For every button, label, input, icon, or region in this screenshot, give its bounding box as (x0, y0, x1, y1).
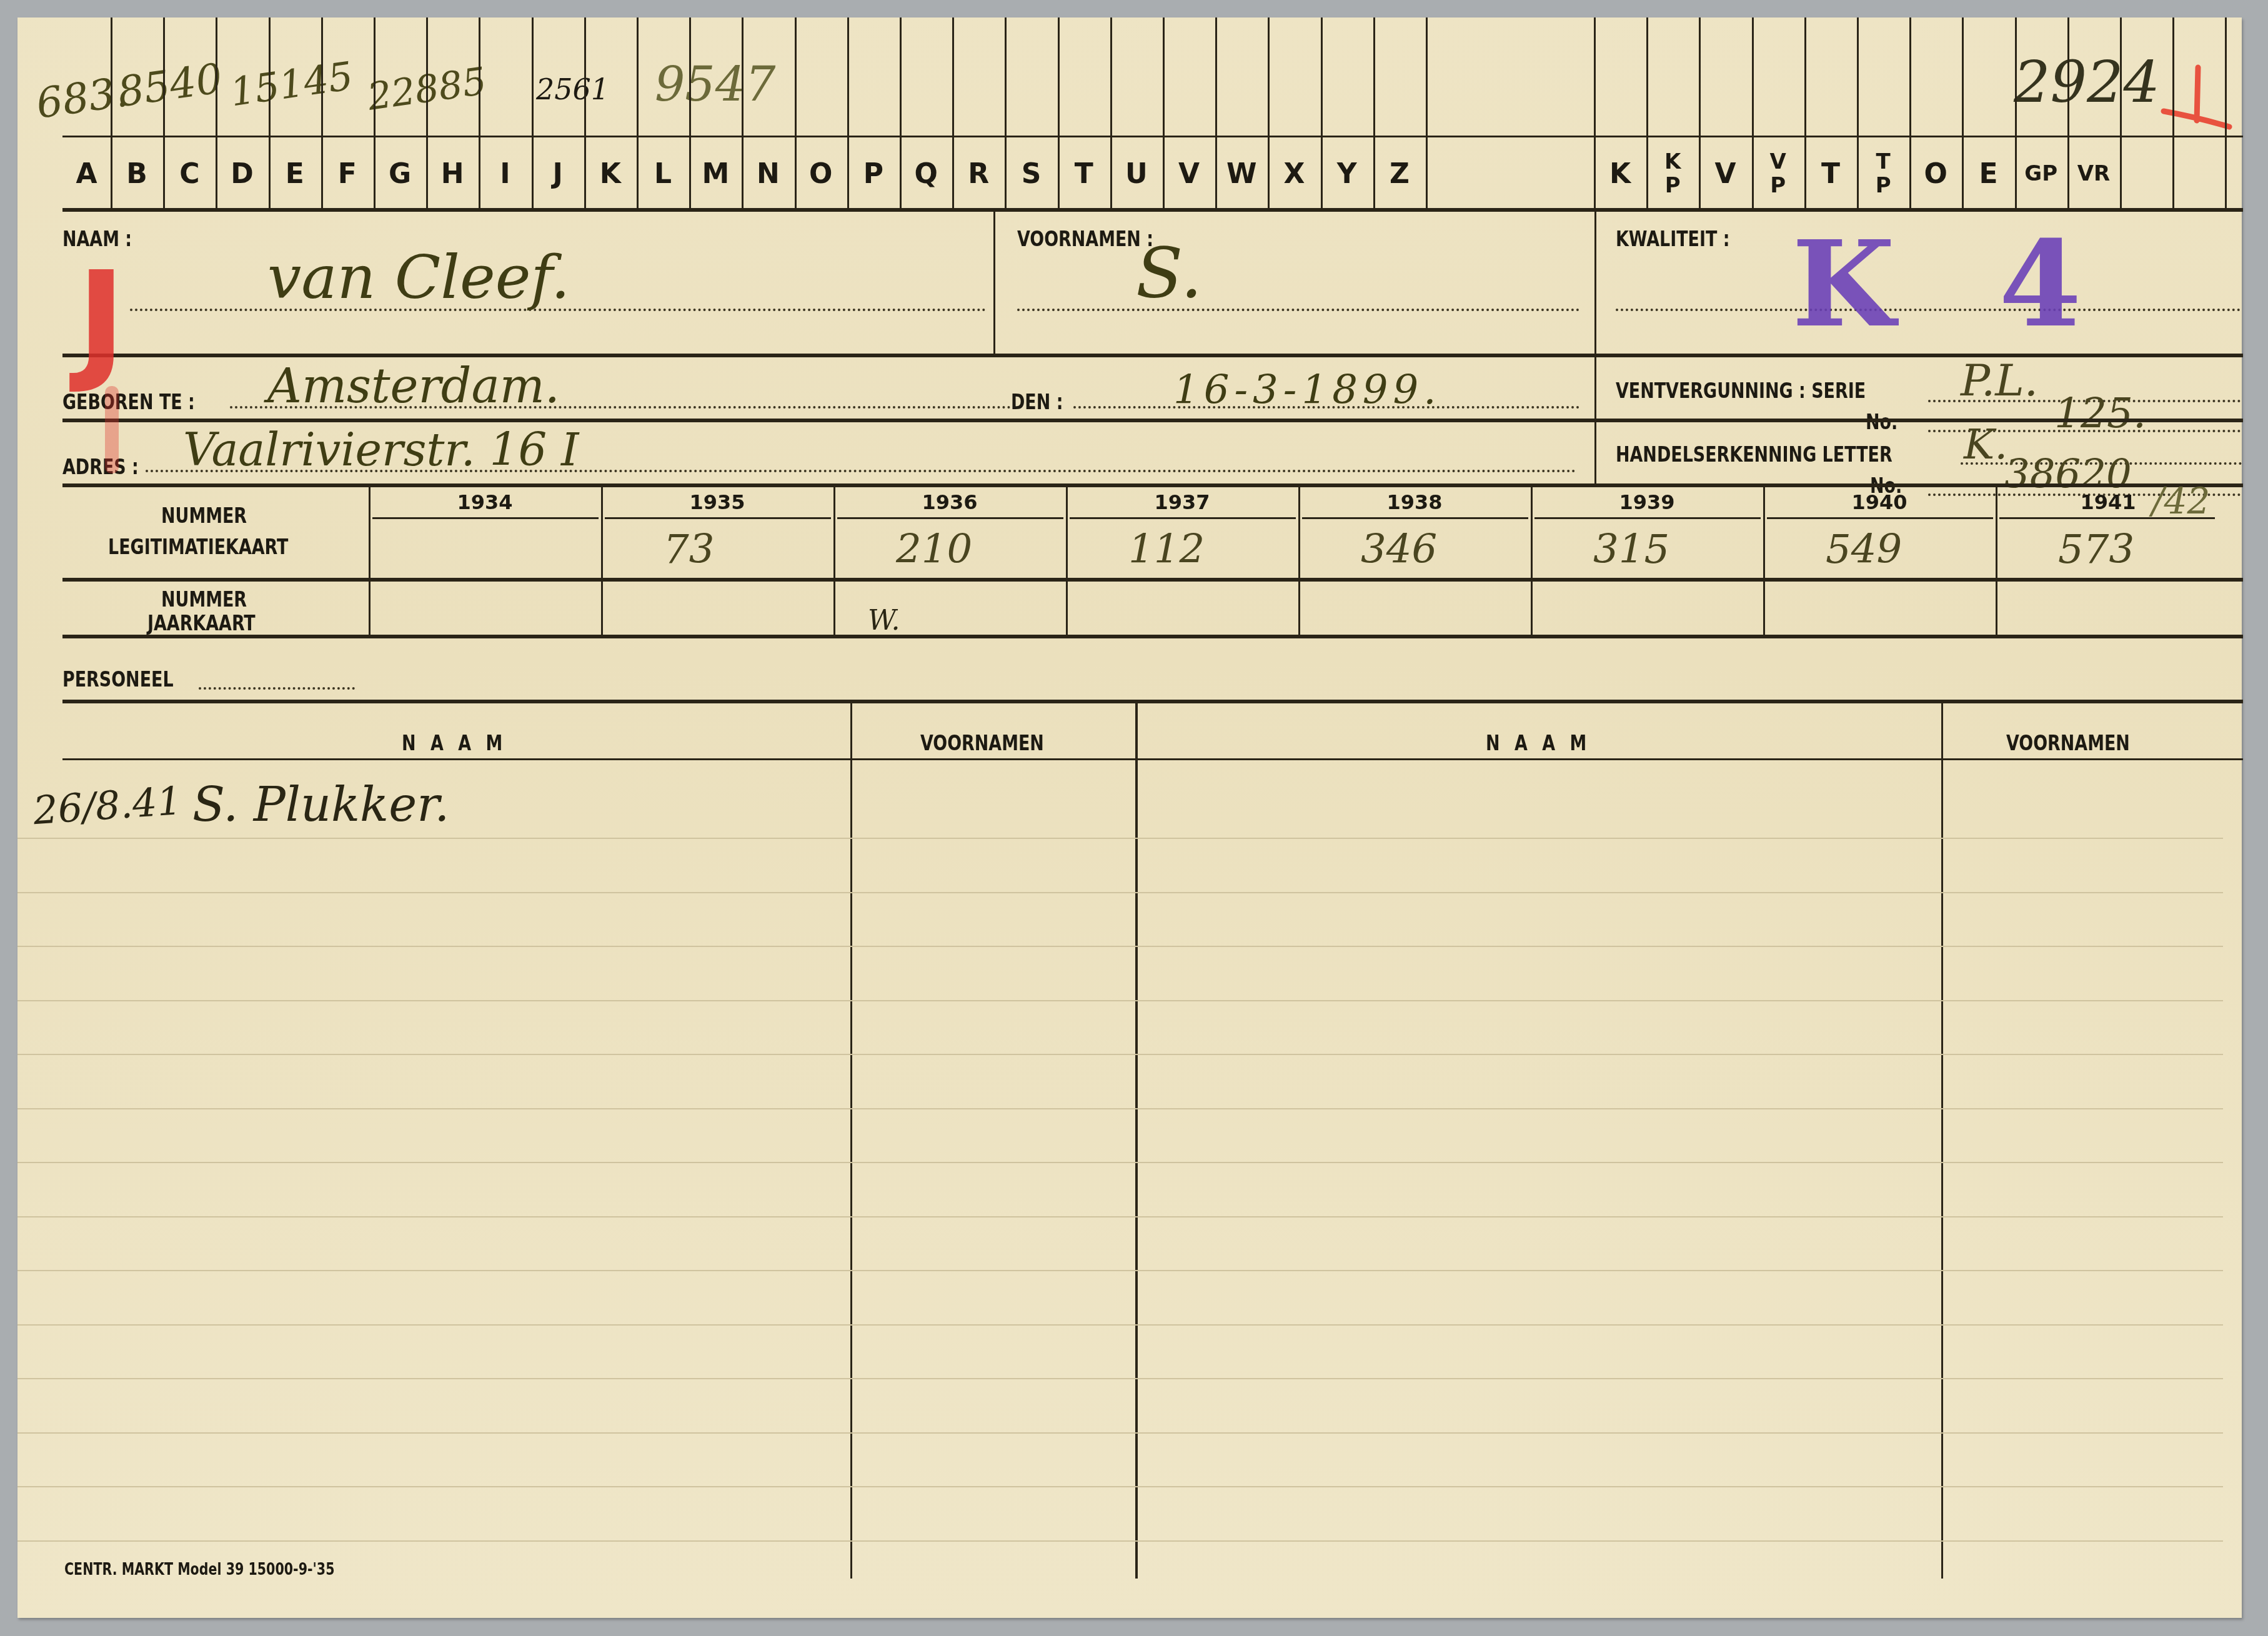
index-tab-t[interactable]: T (1804, 137, 1857, 210)
index-tab-o[interactable]: O (1909, 137, 1962, 210)
jaarkaart-label-line2: JAARKAART (147, 611, 256, 636)
index-tab-e[interactable]: E (1962, 137, 2014, 210)
alphabet-tab-g[interactable]: G (374, 137, 426, 210)
alphabet-tab-q[interactable]: Q (900, 137, 952, 210)
divider (62, 483, 2243, 487)
column-divider (1941, 703, 1943, 1579)
legitimatiekaart-1939[interactable]: 315 (1593, 527, 1669, 573)
den-label: DEN : (1011, 390, 1063, 415)
top-number-6: 9547 (655, 56, 775, 112)
staff-row-date[interactable]: 26/8.41 (32, 778, 183, 833)
footer-print-code: CENTR. MARKT Model 39 15000-9-'35 (64, 1560, 334, 1579)
legitimatiekaart-1936[interactable]: 210 (896, 527, 972, 573)
year-header-1938: 1938 (1298, 490, 1531, 514)
ruled-line (17, 1378, 2223, 1379)
alphabet-tab-z[interactable]: Z (1373, 137, 1426, 210)
staff-header-voornamen-1: VOORNAMEN (920, 731, 1044, 756)
legitimatiekaart-label-line1: NUMMER (161, 503, 247, 528)
divider (1070, 517, 1296, 519)
ruled-line (17, 1054, 2223, 1055)
j-stamp-smear (105, 386, 119, 473)
tab-top-letter: T (1876, 150, 1890, 174)
top-number-3: 15145 (227, 53, 356, 116)
divider (993, 212, 995, 354)
divider (837, 517, 1063, 519)
column-divider (1135, 703, 1138, 1579)
alphabet-tab-w[interactable]: W (1215, 137, 1268, 210)
index-card: 683. 8540 15145 22885 2561 9547 2924 ABC… (17, 17, 2242, 1618)
ruled-line (17, 1432, 2223, 1434)
alphabet-tab-n[interactable]: N (742, 137, 794, 210)
handelserkenning-letter-value[interactable]: K. (1964, 420, 2007, 468)
index-tab-gp[interactable]: GP (2015, 137, 2067, 210)
staff-header-naam-1: N A A M (402, 731, 507, 756)
staff-header-naam-2: N A A M (1486, 731, 1591, 756)
top-number-2: 8540 (114, 54, 225, 117)
divider (62, 758, 2243, 760)
year-header-1934: 1934 (369, 490, 601, 514)
tab-top-letter: K (1664, 150, 1681, 174)
index-tab-vr[interactable]: VR (2067, 137, 2120, 210)
den-value[interactable]: 16-3-1899. (1173, 367, 1441, 414)
alphabet-tab-d[interactable]: D (216, 137, 268, 210)
tab-bottom-letter: P (1770, 174, 1786, 197)
ruled-line (17, 1270, 2223, 1271)
naam-value[interactable]: van Cleef. (267, 242, 570, 312)
adres-label: ADRES : (62, 455, 139, 480)
ventvergunning-no-label: No. (1866, 410, 1897, 435)
alphabet-tab-j[interactable]: J (532, 137, 584, 210)
alphabet-tab-v[interactable]: V (1163, 137, 1215, 210)
kwaliteit-stamp: K 4 (1792, 214, 2113, 354)
legitimatiekaart-1940[interactable]: 549 (1826, 527, 1902, 573)
ruled-line (17, 1540, 2223, 1542)
alphabet-tab-i[interactable]: I (479, 137, 531, 210)
index-tab-blank[interactable] (2120, 137, 2172, 210)
ruled-line (17, 1162, 2223, 1163)
ruled-line (17, 1486, 2223, 1487)
column-divider (850, 703, 852, 1579)
legitimatiekaart-1941[interactable]: 573 (2058, 527, 2134, 573)
alphabet-tab-b[interactable]: B (111, 137, 163, 210)
ruled-line (17, 946, 2223, 947)
index-tab-k[interactable]: K (1594, 137, 1646, 210)
year-header-1939: 1939 (1531, 490, 1763, 514)
grid-divider (2225, 17, 2227, 210)
alphabet-tab-e[interactable]: E (269, 137, 321, 210)
index-tab-vp[interactable]: VP (1752, 137, 1804, 210)
year-header-1940: 1940 (1763, 490, 1996, 514)
staff-header-voornamen-2: VOORNAMEN (2006, 731, 2130, 756)
alphabet-tab-s[interactable]: S (1005, 137, 1057, 210)
divider (62, 635, 2243, 638)
j-stamp: J (77, 255, 126, 386)
ruled-line (17, 1216, 2223, 1217)
alphabet-tab-l[interactable]: L (637, 137, 689, 210)
legitimatiekaart-1938[interactable]: 346 (1361, 527, 1437, 573)
index-tab-blank[interactable] (2172, 137, 2225, 210)
divider (62, 578, 2243, 582)
kwaliteit-label: KWALITEIT : (1616, 227, 1729, 252)
alphabet-tab-o[interactable]: O (795, 137, 847, 210)
alphabet-tab-k[interactable]: K (584, 137, 637, 210)
jaarkaart-label-line1: NUMMER (161, 587, 247, 612)
divider (1302, 517, 1528, 519)
index-tab-v[interactable]: V (1699, 137, 1751, 210)
year-header-1935: 1935 (601, 490, 833, 514)
year-1941-suffix: /42 (2152, 480, 2210, 522)
year-header-1937: 1937 (1066, 490, 1298, 514)
alphabet-tab-t[interactable]: T (1058, 137, 1110, 210)
personeel-label: PERSONEEL (62, 667, 174, 692)
alphabet-tab-h[interactable]: H (426, 137, 479, 210)
handelserkenning-label: HANDELSERKENNING LETTER (1616, 442, 1892, 467)
alphabet-tab-x[interactable]: X (1268, 137, 1320, 210)
ventvergunning-label: VENTVERGUNNING : SERIE (1616, 379, 1866, 404)
divider (62, 419, 2243, 422)
divider (1594, 357, 1596, 420)
staff-row-naam[interactable]: S. Plukker. (192, 776, 449, 832)
ruled-line (17, 838, 2223, 839)
serie-value[interactable]: P.L. (1961, 355, 2038, 406)
alphabet-tab-a[interactable]: A (62, 137, 111, 210)
top-right-number: 2924 (2014, 49, 2160, 116)
alphabet-tab-p[interactable]: P (847, 137, 900, 210)
alphabet-tab-r[interactable]: R (952, 137, 1005, 210)
divider (62, 354, 2243, 357)
tab-bottom-letter: P (1876, 174, 1891, 197)
top-number-5: 2561 (536, 72, 609, 106)
jaarkaart-1936[interactable]: W. (868, 605, 900, 637)
divider (1767, 517, 1993, 519)
divider (372, 517, 599, 519)
voornamen-label: VOORNAMEN : (1017, 227, 1153, 252)
personeel-field-line (199, 687, 355, 690)
divider (1594, 212, 1596, 354)
voornamen-value[interactable]: S. (1136, 233, 1202, 313)
grid-divider (1426, 17, 1428, 210)
alphabet-tab-c[interactable]: C (163, 137, 216, 210)
geboren-value[interactable]: Amsterdam. (267, 358, 560, 414)
legitimatiekaart-1935[interactable]: 73 (664, 527, 714, 573)
voornamen-field-line (1017, 309, 1579, 311)
alphabet-tab-u[interactable]: U (1110, 137, 1163, 210)
ruled-line (17, 892, 2223, 893)
ventvergunning-no-value[interactable]: 125. (2054, 389, 2146, 437)
divider (1534, 517, 1761, 519)
ruled-line (17, 1000, 2223, 1001)
legitimatiekaart-1937[interactable]: 112 (1128, 527, 1205, 573)
divider (62, 700, 2243, 703)
adres-value[interactable]: Vaalrivierstr. 16 I (183, 424, 579, 476)
tab-bottom-letter: P (1665, 174, 1681, 197)
index-tab-tp[interactable]: TP (1857, 137, 1909, 210)
legitimatiekaart-label-line2: LEGITIMATIEKAART (108, 535, 288, 560)
alphabet-tab-y[interactable]: Y (1321, 137, 1373, 210)
divider (1594, 422, 1596, 485)
ruled-line (17, 1108, 2223, 1109)
year-header-1936: 1936 (833, 490, 1066, 514)
divider (605, 517, 831, 519)
alphabet-tab-m[interactable]: M (689, 137, 742, 210)
alphabet-tab-f[interactable]: F (321, 137, 374, 210)
ruled-line (17, 1324, 2223, 1326)
tab-top-letter: V (1770, 150, 1786, 174)
index-tab-kp[interactable]: KP (1646, 137, 1699, 210)
